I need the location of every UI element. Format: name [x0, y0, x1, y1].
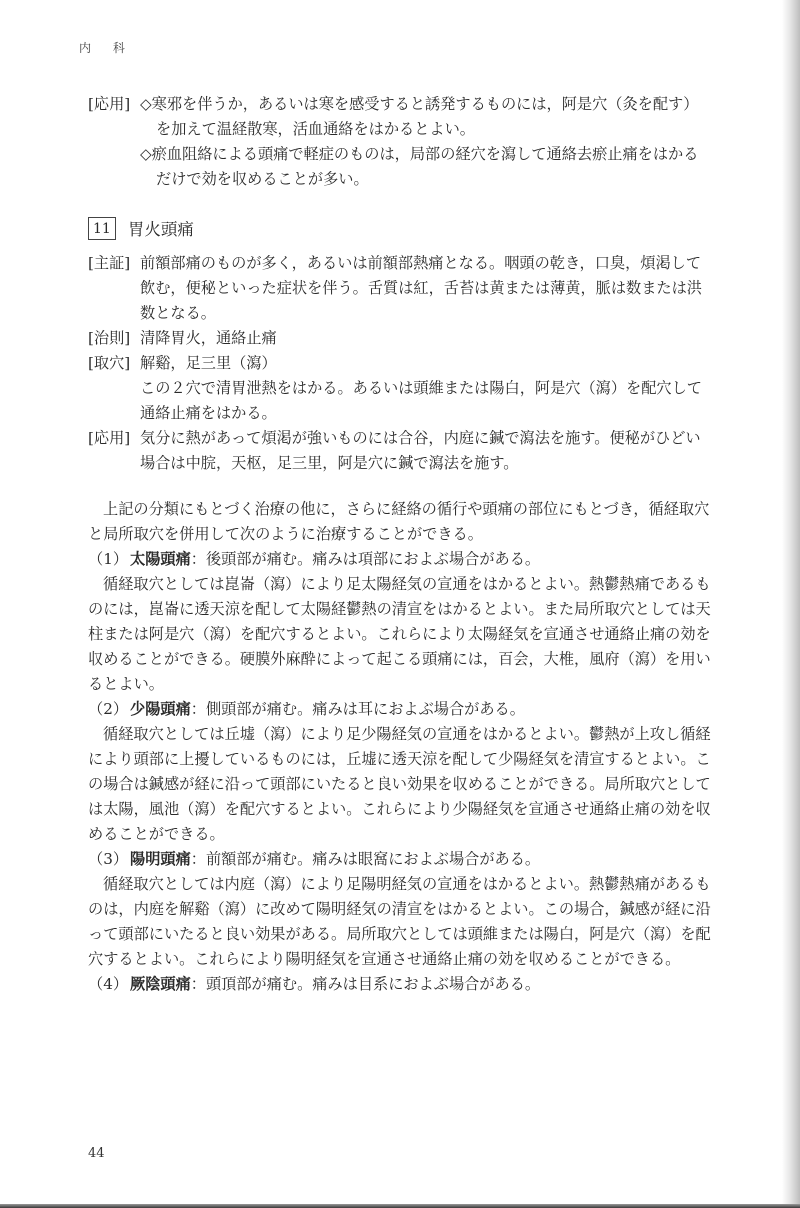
- text-line: めることができる。: [88, 822, 728, 847]
- block-tag: [応用]: [88, 92, 140, 117]
- text-line: 穴するとよい。これらにより陽明経気を宣通させ通絡止痛の効を収めることができる。: [88, 947, 728, 972]
- text-line: るとよい。: [88, 672, 728, 697]
- text-line: 循経取穴としては内庭（瀉）により足陽明経気の宣通をはかるとよい。熱鬱熱痛があるも: [88, 872, 728, 897]
- text-line: のは，内庭を解谿（瀉）に改めて陽明経気の清宣をはかるとよい。この場合，鍼感が経に…: [88, 897, 728, 922]
- section-title: 胃火頭痛: [128, 216, 194, 240]
- text-line: 循経取穴としては崑崙（瀉）により足太陽経気の宣通をはかるとよい。熱鬱熱痛であるも: [88, 572, 728, 597]
- block-acupoints: [取穴] 解谿，足三里（瀉） この２穴で清胃泄熱をはかる。あるいは頭維または陽白…: [88, 351, 728, 426]
- scan-bottom-edge: [0, 1204, 800, 1208]
- text-line: と局所取穴を併用して次のように治療することができる。: [88, 522, 728, 547]
- text-line: 上記の分類にもとづく治療の他に，さらに経絡の循行や頭痛の部位にもとづき，循経取穴: [88, 497, 728, 522]
- text-line: は太陽，風池（瀉）を配穴するとよい。これらにより少陽経気を宣通させ通絡止痛の効を…: [88, 797, 728, 822]
- block-tag: [治則]: [88, 326, 140, 351]
- page-number: 44: [88, 1146, 105, 1161]
- text-line: 数となる。: [88, 301, 728, 326]
- text-line: 解谿，足三里（瀉）: [140, 351, 277, 376]
- text-line: 柱または阿是穴（瀉）を配穴するとよい。これらにより太陽経気を宣通させ通絡止痛の効…: [88, 622, 728, 647]
- block-tag: [応用]: [88, 426, 140, 451]
- text-line: 場合は中脘，天枢，足三里，阿是穴に鍼で瀉法を施す。: [88, 451, 728, 476]
- text-line: のには，崑崙に透天涼を配して太陽経鬱熱の清宣をはかるとよい。また局所取穴としては…: [88, 597, 728, 622]
- subsection-heading: （2）少陽頭痛：側頭部が痛む。痛みは耳におよぶ場合がある。: [88, 697, 728, 722]
- text-line: って頭部にいたると良い効果がある。局所取穴としては頭維または陽白，阿是穴（瀉）を…: [88, 922, 728, 947]
- subsection-yangming: （3）陽明頭痛：前額部が痛む。痛みは眼窩におよぶ場合がある。 循経取穴としては内…: [88, 847, 728, 972]
- text-line: 収めることができる。硬膜外麻酔によって起こる頭痛には，百会，大椎，風府（瀉）を用…: [88, 647, 728, 672]
- subsection-shaoyang: （2）少陽頭痛：側頭部が痛む。痛みは耳におよぶ場合がある。 循経取穴としては丘墟…: [88, 697, 728, 847]
- text-line: 前額部痛のものが多く，あるいは前額部熱痛となる。咽頭の乾き，口臭，煩渇して: [140, 251, 701, 276]
- text-line: 清降胃火，通絡止痛: [140, 326, 277, 351]
- block-tag: [取穴]: [88, 351, 140, 376]
- block-main-symptoms: [主証] 前額部痛のものが多く，あるいは前額部熱痛となる。咽頭の乾き，口臭，煩渇…: [88, 251, 728, 326]
- page-content: [応用] ◇寒邪を伴うか，あるいは寒を感受すると誘発するものには，阿是穴（灸を配…: [88, 92, 728, 997]
- text-line: 通絡止痛をはかる。: [88, 401, 728, 426]
- page-edge-shadow: [782, 0, 800, 1208]
- text-line: ◇瘀血阻絡による頭痛で軽症のものは，局部の経穴を瀉して通絡去瘀止痛をはかる: [88, 142, 728, 167]
- block-tag: [主証]: [88, 251, 140, 276]
- subsection-heading: （1）太陽頭痛：後頭部が痛む。痛みは項部におよぶ場合がある。: [88, 547, 728, 572]
- text-line: 気分に熱があって煩渇が強いものには合谷，内庭に鍼で瀉法を施す。便秘がひどい: [140, 426, 701, 451]
- text-line: ◇寒邪を伴うか，あるいは寒を感受すると誘発するものには，阿是穴（灸を配す）: [140, 92, 698, 117]
- subsection-jueyin: （4）厥陰頭痛：頭頂部が痛む。痛みは目系におよぶ場合がある。: [88, 972, 728, 997]
- text-line: 循経取穴としては丘墟（瀉）により足少陽経気の宣通をはかるとよい。鬱熱が上攻し循経: [88, 722, 728, 747]
- text-line: を加えて温経散寒，活血通絡をはかるとよい。: [88, 117, 728, 142]
- text-line: この２穴で清胃泄熱をはかる。あるいは頭維または陽白，阿是穴（瀉）を配穴して: [88, 376, 728, 401]
- section-heading: 11 胃火頭痛: [88, 213, 728, 243]
- subsection-taiyang: （1）太陽頭痛：後頭部が痛む。痛みは項部におよぶ場合がある。 循経取穴としては崑…: [88, 547, 728, 697]
- text-line: だけで効を収めることが多い。: [88, 167, 728, 192]
- top-application-block: [応用] ◇寒邪を伴うか，あるいは寒を感受すると誘発するものには，阿是穴（灸を配…: [88, 92, 728, 192]
- text-line: 飲む，便秘といった症状を伴う。舌質は紅，舌苔は黄または薄黄，脈は数または洪: [88, 276, 728, 301]
- text-line: により頭部に上擾しているものには，丘墟に透天涼を配して少陽経気を清宣するとよい。…: [88, 747, 728, 772]
- text-line: の場合は鍼感が経に沿って頭部にいたると良い効果を収めることができる。局所取穴とし…: [88, 772, 728, 797]
- block-application: [応用] 気分に熱があって煩渇が強いものには合谷，内庭に鍼で瀉法を施す。便秘がひ…: [88, 426, 728, 476]
- body-intro: 上記の分類にもとづく治療の他に，さらに経絡の循行や頭痛の部位にもとづき，循経取穴…: [88, 497, 728, 547]
- section-number-box: 11: [88, 217, 116, 240]
- block-treatment-principle: [治則] 清降胃火，通絡止痛: [88, 326, 728, 351]
- running-head: 内 科: [79, 39, 134, 56]
- subsection-heading: （3）陽明頭痛：前額部が痛む。痛みは眼窩におよぶ場合がある。: [88, 847, 728, 872]
- subsection-heading: （4）厥陰頭痛：頭頂部が痛む。痛みは目系におよぶ場合がある。: [88, 972, 728, 997]
